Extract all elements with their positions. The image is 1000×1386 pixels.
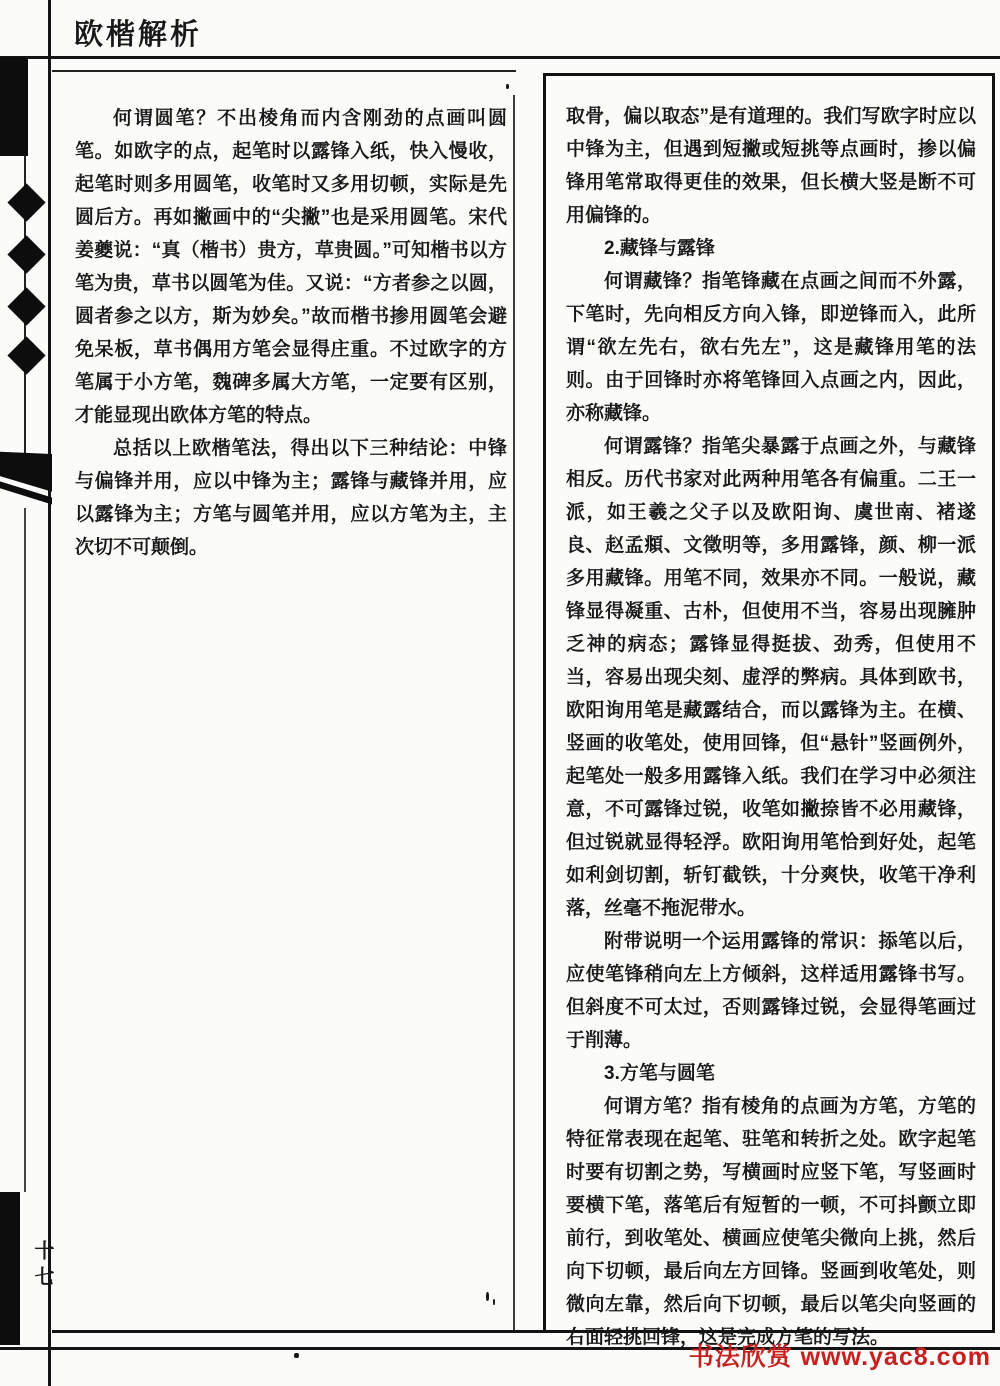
column-divider-rule	[513, 95, 515, 1331]
section-heading: 3.方笔与圆笔	[566, 1057, 976, 1090]
paragraph: 取骨，偏以取态”是有道理的。我们写欧字时应以中锋为主，但遇到短撇或短挑等点画时，…	[566, 100, 976, 232]
page-number: 十七	[28, 1240, 57, 1292]
sidebar-wedge-ornament	[0, 450, 52, 508]
section-heading: 2.藏锋与露锋	[566, 232, 976, 265]
paragraph: 附带说明一个运用露锋的常识：掭笔以后，应使笔锋稍向左上方倾斜，这样适用露锋书写。…	[566, 925, 976, 1057]
diamond-ornament-icon	[7, 235, 45, 273]
paragraph: 何谓圆笔？不出棱角而内含刚劲的点画叫圆笔。如欧字的点，起笔时以露锋入纸，快入慢收…	[75, 102, 507, 432]
header-rule	[0, 56, 1000, 59]
content-bottom-rule	[52, 1330, 544, 1333]
right-panel-frame: 取骨，偏以取态”是有道理的。我们写欧字时应以中锋为主，但遇到短撇或短挑等点画时，…	[543, 73, 995, 1333]
sidebar-lower-line	[24, 508, 26, 1192]
ink-speck	[486, 1292, 489, 1301]
diamond-ornament-icon	[7, 183, 45, 221]
ink-speck	[506, 84, 509, 89]
sidebar-top-block	[0, 57, 28, 156]
paragraph: 何谓方笔？指有棱角的点画为方笔，方笔的特征常表现在起笔、驻笔和转折之处。欧字起笔…	[566, 1090, 976, 1354]
left-column: 何谓圆笔？不出棱角而内含刚劲的点画叫圆笔。如欧字的点，起笔时以露锋入纸，快入慢收…	[75, 102, 507, 564]
page-title: 欧楷解析	[74, 12, 202, 53]
right-column: 取骨，偏以取态”是有道理的。我们写欧字时应以中锋为主，但遇到短撇或短挑等点画时，…	[566, 100, 976, 1354]
ink-speck	[294, 1353, 299, 1358]
diamond-ornament-icon	[7, 336, 45, 374]
site-watermark: 书法欣赏 www.yac8.com	[689, 1337, 991, 1373]
left-margin-rule	[48, 0, 51, 1386]
paragraph: 何谓藏锋？指笔锋藏在点画之间而不外露，下笔时，先向相反方向入锋，即逆锋而入，此所…	[566, 265, 976, 430]
diamond-ornament-icon	[7, 287, 45, 325]
ink-speck	[493, 1299, 495, 1305]
left-area-top-rule	[52, 70, 516, 72]
sidebar-bottom-block	[0, 1192, 20, 1345]
paragraph: 何谓露锋？指笔尖暴露于点画之外，与藏锋相反。历代书家对此两种用笔各有偏重。二王一…	[566, 430, 976, 925]
paragraph: 总括以上欧楷笔法，得出以下三种结论：中锋与偏锋并用，应以中锋为主；露锋与藏锋并用…	[75, 432, 507, 564]
